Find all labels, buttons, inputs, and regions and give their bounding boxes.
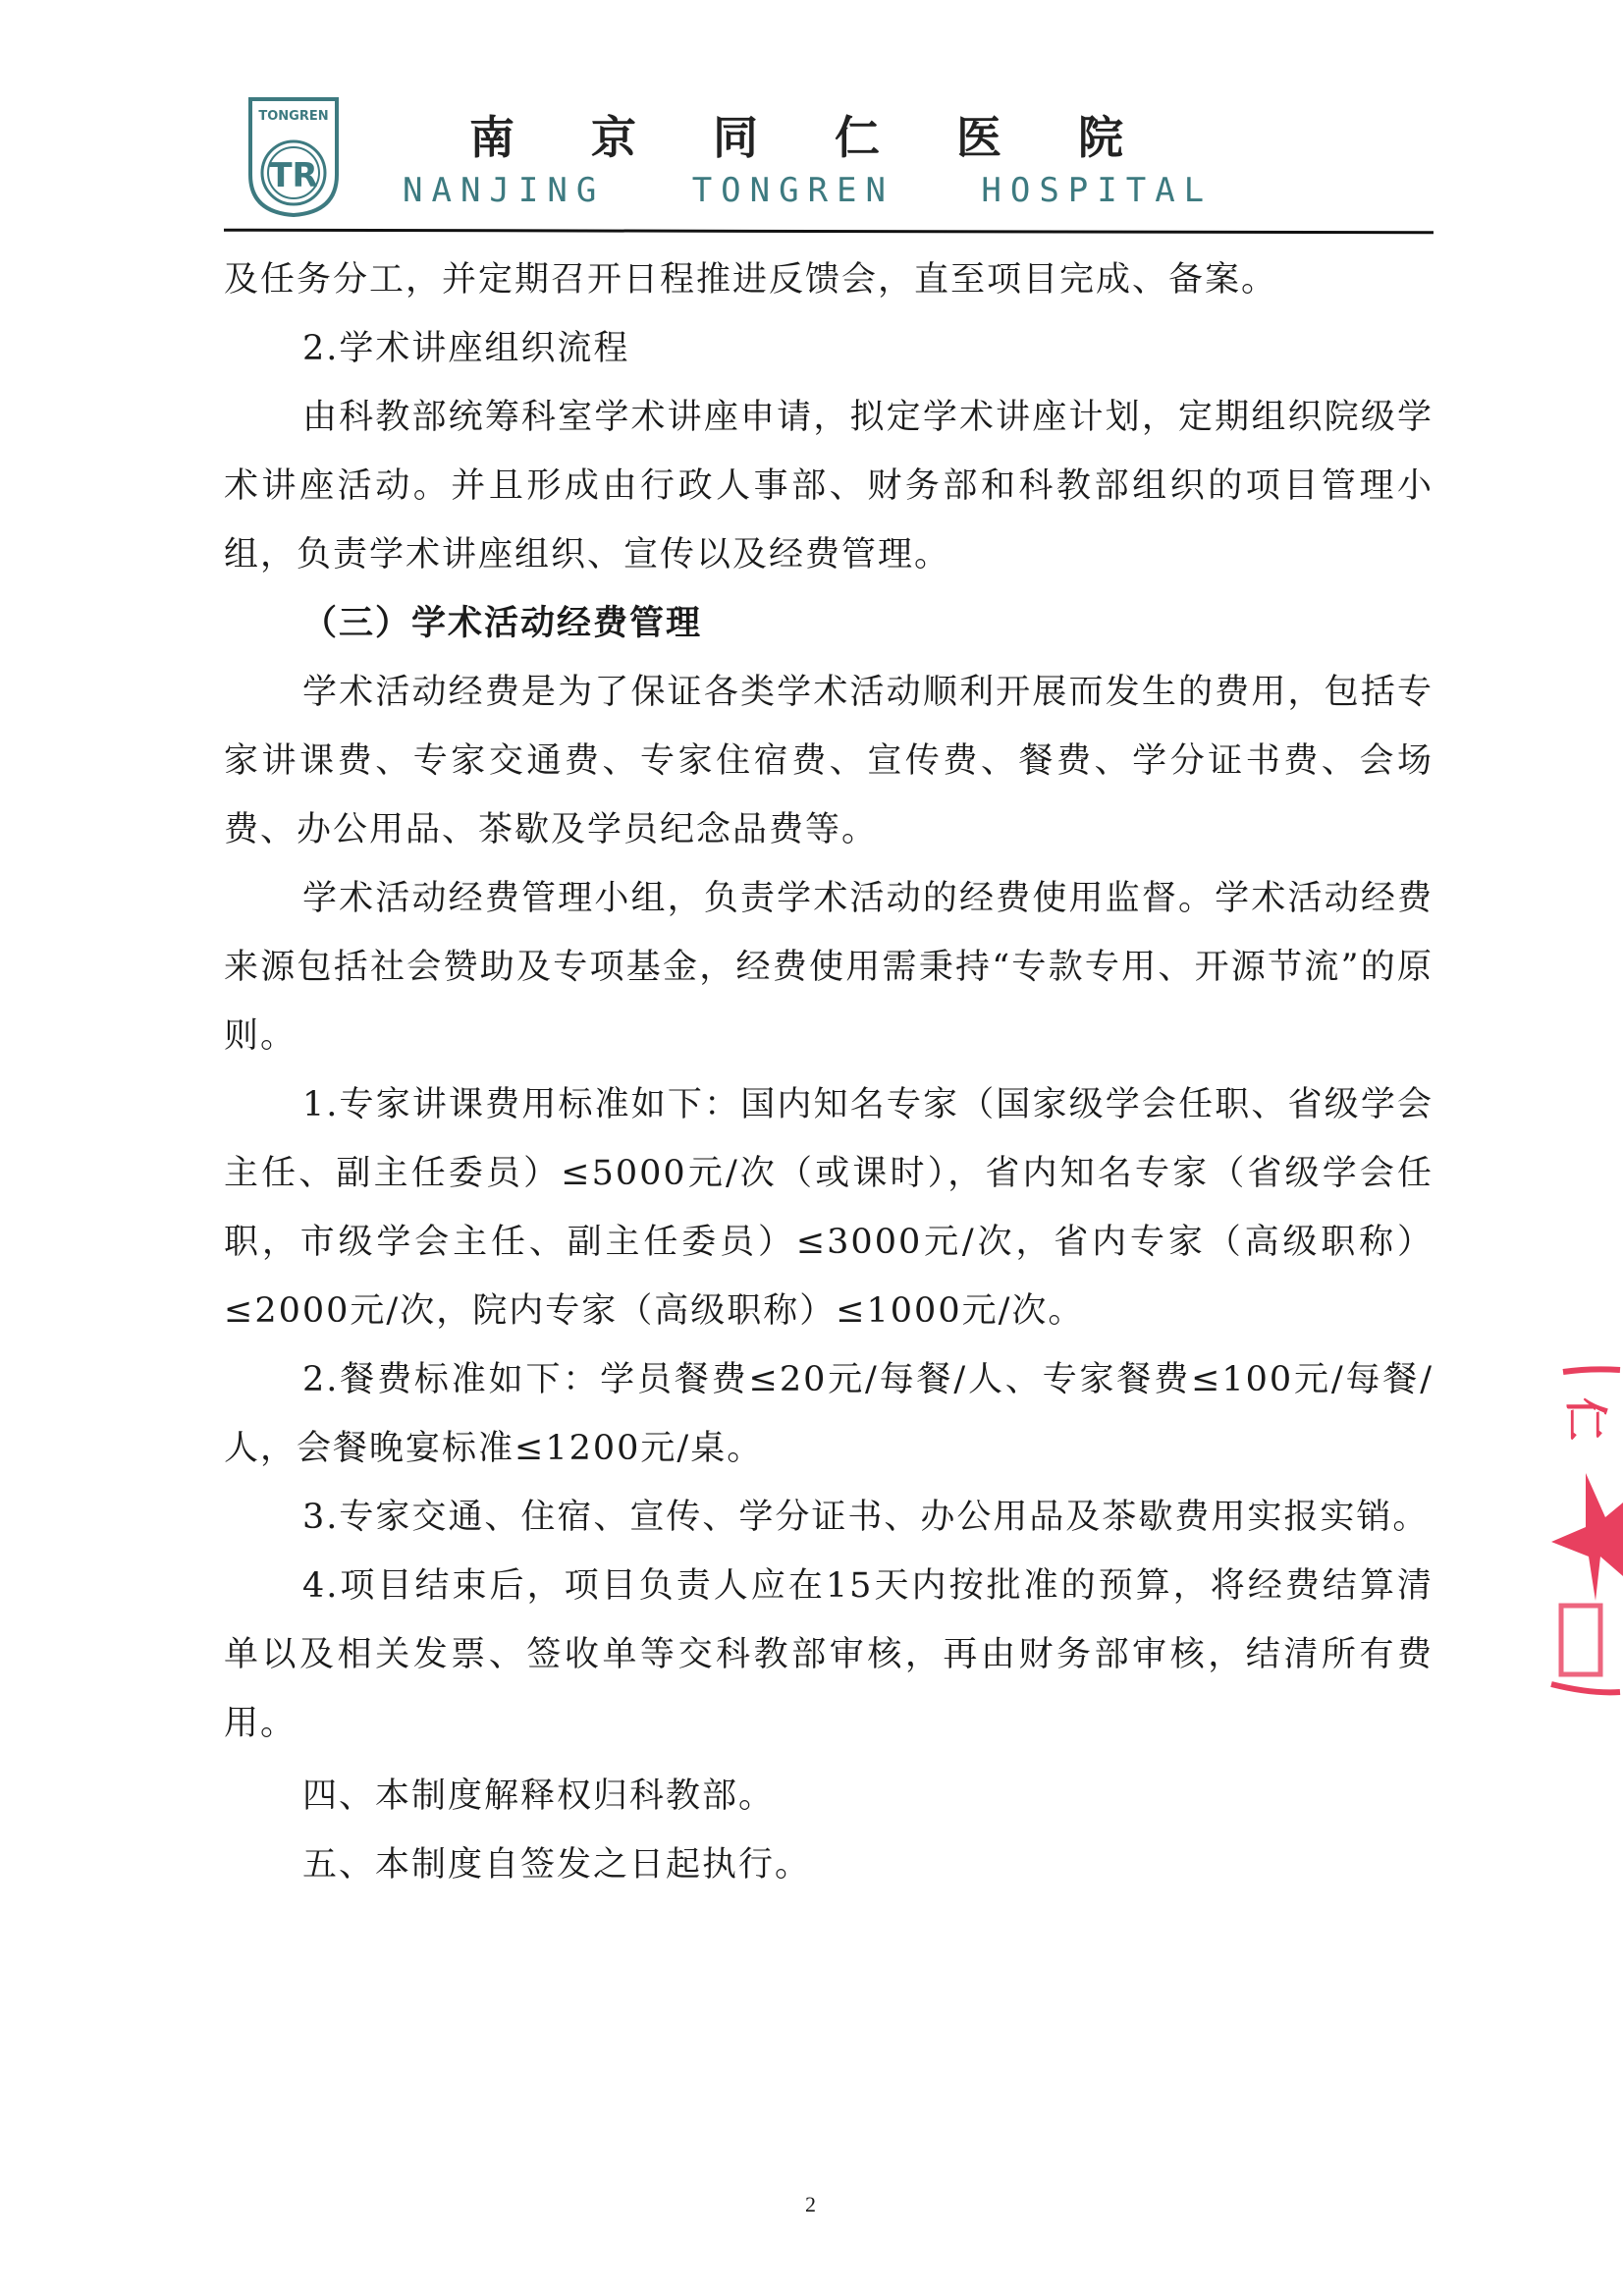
paragraph-settlement: 4.项目结束后，项目负责人应在15天内按批准的预算，将经费结算清单以及相关发票、… [224,1552,1434,1758]
paragraph-1: 及任务分工，并定期召开日程推进反馈会，直至项目完成、备案。 [224,246,1434,314]
paragraph-funding-scope: 学术活动经费是为了保证各类学术活动顺利开展而发生的费用，包括专家讲课费、专家交通… [224,658,1434,864]
document-body: 及任务分工，并定期召开日程推进反馈会，直至项目完成、备案。 2.学术讲座组织流程… [224,246,1434,1899]
letterhead: TONGREN TR 南京同仁医院 NANJING TONGREN HOSPIT… [224,88,1434,236]
section-heading-funding: （三）学术活动经费管理 [224,589,1434,658]
paragraph-lecture-fees: 1.专家讲课费用标准如下：国内知名专家（国家级学会任职、省级学会主任、副主任委员… [224,1070,1434,1345]
paragraph-funding-oversight: 学术活动经费管理小组，负责学术活动的经费使用监督。学术活动经费来源包括社会赞助及… [224,864,1434,1070]
clause-interpretation: 四、本制度解释权归科教部。 [224,1762,1434,1831]
clause-effective-date: 五、本制度自签发之日起执行。 [224,1831,1434,1899]
page-number: 2 [805,2192,816,2217]
hospital-logo-icon: TONGREN TR [247,96,340,218]
subheading-lecture-process: 2.学术讲座组织流程 [224,314,1434,383]
svg-text:仁: 仁 [1560,1397,1610,1441]
svg-text:TR: TR [269,156,317,195]
hospital-name-english: NANJING TONGREN HOSPITAL [403,171,1213,210]
paragraph-meal-fees: 2.餐费标准如下：学员餐费≤20元/每餐/人、专家餐费≤100元/每餐/人，会餐… [224,1345,1434,1483]
hospital-name-chinese: 南京同仁医院 [469,102,1200,167]
red-seal-stamp-icon: 仁 [1542,1360,1623,1714]
svg-text:TONGREN: TONGREN [258,109,328,124]
paragraph-lecture-process: 由科教部统筹科室学术讲座申请，拟定学术讲座计划，定期组织院级学术讲座活动。并且形… [224,383,1434,589]
paragraph-reimbursement: 3.专家交通、住宿、宣传、学分证书、办公用品及茶歇费用实报实销。 [224,1483,1434,1552]
